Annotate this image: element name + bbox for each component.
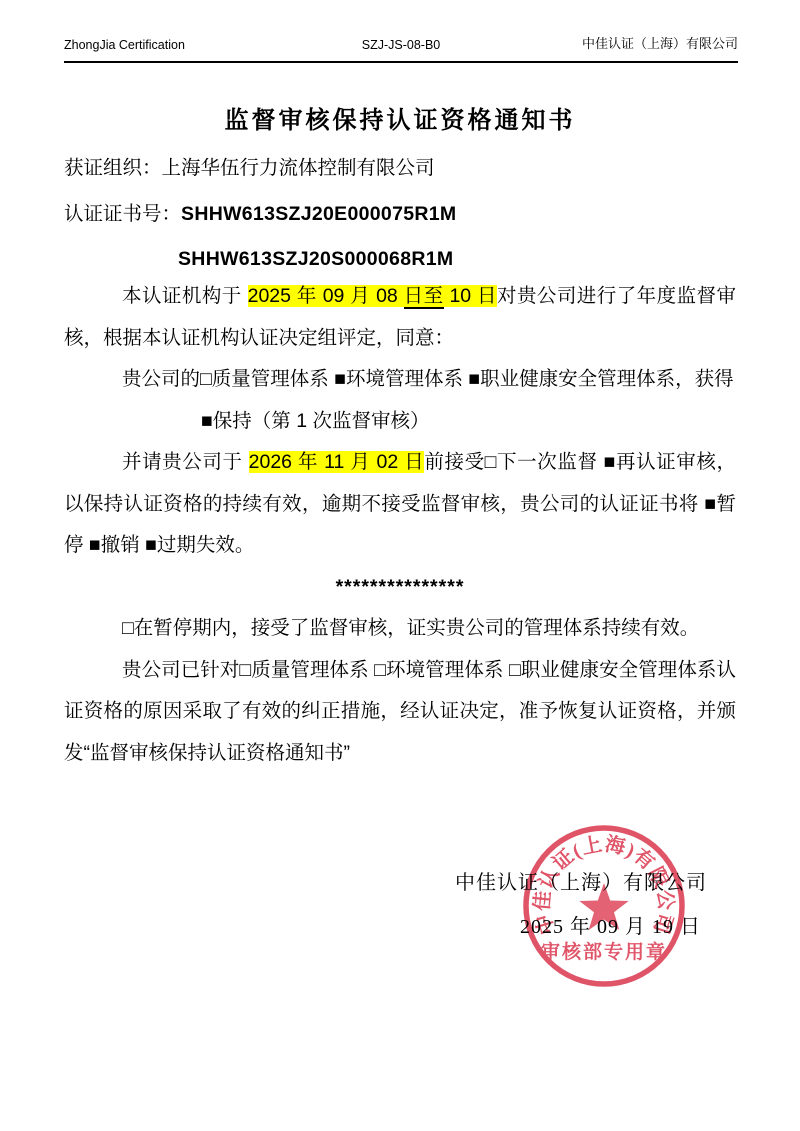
header-company-name: 中佳认证（上海）有限公司 [582, 33, 738, 52]
certificate-fields: 获证组织：上海华伍行力流体控制有限公司 认证证书号：SHHW613SZJ20E0… [64, 146, 736, 283]
certificate-number-label: 认证证书号： [64, 203, 181, 225]
certified-organization-value: 上海华伍行力流体控制有限公司 [162, 157, 435, 179]
stamp-bottom-text: 审核部专用章 [541, 940, 667, 963]
text-run: 贵公司已针对□质量管理体系 □环境管理体系 □职业健康安全管理体系认证资格的原因… [64, 659, 736, 764]
certified-organization-label: 获证组织： [64, 157, 162, 179]
document-body: 本认证机构于 2025 年 09 月 08 日至 10 日对贵公司进行了年度监督… [64, 276, 736, 774]
certificate-number-row: 认证证书号：SHHW613SZJ20E000075R1M [64, 192, 736, 238]
body-paragraph: 贵公司的□质量管理体系 ■环境管理体系 ■职业健康安全管理体系，获得 [64, 359, 736, 401]
body-paragraph: 贵公司已针对□质量管理体系 □环境管理体系 □职业健康安全管理体系认证资格的原因… [64, 650, 736, 775]
body-paragraph: □在暂停期内，接受了监督审核，证实贵公司的管理体系持续有效。 [64, 608, 736, 650]
company-seal-stamp: 中佳认证(上海)有限公司 审核部专用章 [504, 806, 704, 1006]
text-run: 本认证机构于 [122, 285, 248, 307]
highlighted-date: 2025 年 09 月 08 [248, 285, 404, 307]
text-run: 并请贵公司于 [122, 451, 249, 473]
separator-asterisks: *************** [64, 567, 736, 609]
page-header: ZhongJia Certification SZJ-JS-08-B0 中佳认证… [64, 52, 738, 63]
document-page: ZhongJia Certification SZJ-JS-08-B0 中佳认证… [0, 0, 800, 1131]
text-run: 贵公司的□质量管理体系 ■环境管理体系 ■职业健康安全管理体系，获得 [122, 368, 734, 390]
text-run: ■保持（第 1 次监督审核） [201, 410, 429, 432]
certified-organization-row: 获证组织：上海华伍行力流体控制有限公司 [64, 146, 736, 192]
text-run: *************** [336, 576, 465, 598]
text-run: □在暂停期内，接受了监督审核，证实贵公司的管理体系持续有效。 [122, 617, 699, 639]
highlighted-date: 日至 [404, 285, 444, 309]
signature-company: 中佳认证（上海）有限公司 [455, 866, 707, 895]
highlighted-date: 10 日 [444, 285, 497, 307]
certificate-number-2: SHHW613SZJ20S000068R1M [178, 248, 453, 270]
document-title: 监督审核保持认证资格通知书 [0, 100, 800, 135]
body-paragraph: 并请贵公司于 2026 年 11 月 02 日前接受□下一次监督 ■再认证审核，… [64, 442, 736, 567]
highlighted-date: 2026 年 11 月 02 日 [249, 451, 425, 473]
certificate-number-1: SHHW613SZJ20E000075R1M [181, 203, 456, 225]
signature-date: 2025 年 09 月 19 日 [520, 910, 701, 939]
body-paragraph: ■保持（第 1 次监督审核） [64, 401, 736, 443]
body-paragraph: 本认证机构于 2025 年 09 月 08 日至 10 日对贵公司进行了年度监督… [64, 276, 736, 359]
